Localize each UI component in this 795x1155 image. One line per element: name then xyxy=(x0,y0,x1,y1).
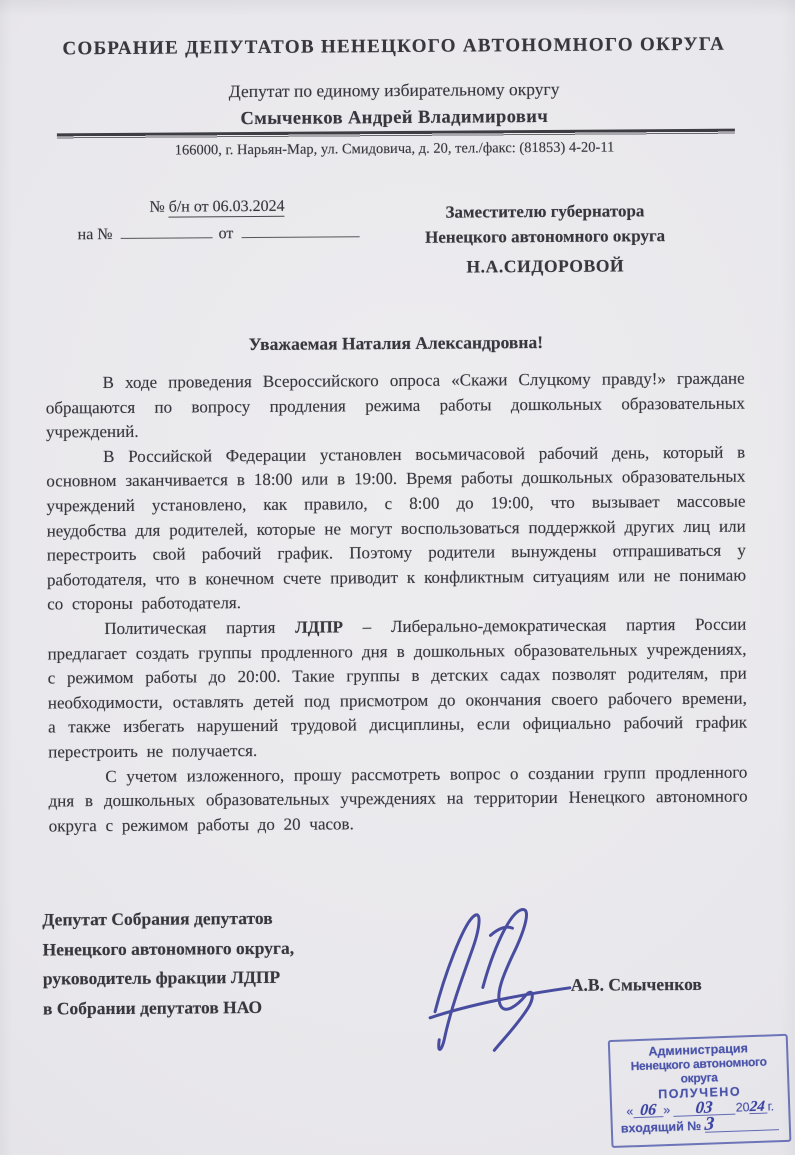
letterhead-organization: СОБРАНИЕ ДЕПУТАТОВ НЕНЕЦКОГО АВТОНОМНОГО… xyxy=(0,33,791,61)
outgoing-number-line: № б/н от 06.03.2024 xyxy=(149,197,397,217)
signer-title-line3: руководитель фракции ЛДПР xyxy=(43,962,403,994)
scan-content: СОБРАНИЕ ДЕПУТАТОВ НЕНЕЦКОГО АВТОНОМНОГО… xyxy=(0,0,795,1155)
incoming-number-blank xyxy=(120,223,212,239)
stamp-day-handwritten: 06 xyxy=(633,1104,664,1116)
letterhead-deputy-name: Смыченков Андрей Владимирович xyxy=(0,105,792,132)
salutation: Уважаемая Наталия Александровна! xyxy=(0,330,793,357)
stamp-day-blank: 06 xyxy=(633,1104,663,1118)
incoming-from-label: от xyxy=(218,225,233,242)
addressee-name: Н.А.СИДОРОВОЙ xyxy=(403,255,688,278)
paragraph-2: В Российской Федерации установлен восьми… xyxy=(46,440,746,617)
stamp-quote-close: » xyxy=(663,1103,670,1117)
outgoing-number-value: б/н от 06.03.2024 xyxy=(169,198,285,218)
stamp-incoming-number-handwritten: 3 xyxy=(704,1116,779,1130)
stamp-year-suffix: г. xyxy=(767,1099,774,1113)
addressee-title-line2: Ненецкого автономного округа xyxy=(403,223,688,250)
addressee-title-line1: Заместителю губернатора xyxy=(402,198,687,225)
handwritten-signature xyxy=(404,889,577,1058)
signer-title-line2: Ненецкого автономного округа, xyxy=(42,932,402,964)
stamp-month-handwritten: 03 xyxy=(673,1101,736,1114)
reference-block: № б/н от 06.03.2024 на №от xyxy=(77,197,397,244)
signer-name: А.В. Смыченков xyxy=(571,973,771,995)
stamp-year-handwritten: 24 xyxy=(747,1102,768,1114)
incoming-number-label: на № xyxy=(78,226,113,243)
scanned-letter-page: СОБРАНИЕ ДЕПУТАТОВ НЕНЕЦКОГО АВТОНОМНОГО… xyxy=(0,0,795,1155)
letterhead-address: 166000, г. Нарьян-Мар, ул. Смидовича, д.… xyxy=(0,138,792,161)
paragraph-3-text: Политическая партия xyxy=(104,618,295,638)
paragraph-1: В ходе проведения Всероссийского опроса … xyxy=(46,367,745,446)
signature-position-block: Депутат Собрания депутатов Ненецкого авт… xyxy=(42,903,403,1024)
incoming-date-blank xyxy=(241,222,359,238)
stamp-year-blank: 24 xyxy=(749,1102,767,1115)
stamp-incoming-blank: 3 xyxy=(704,1116,778,1133)
paragraph-3: Политическая партия ЛДПР – Либерально-де… xyxy=(47,613,747,765)
letter-body: В ходе проведения Всероссийского опроса … xyxy=(46,367,748,839)
incoming-number-line: на №от xyxy=(78,222,398,244)
signer-title-line4: в Собрании депутатов НАО xyxy=(43,991,403,1023)
addressee-block: Заместителю губернатора Ненецкого автоно… xyxy=(402,198,687,250)
letterhead-role: Депутат по единому избирательному округу xyxy=(0,77,792,104)
signer-title-line1: Депутат Собрания депутатов xyxy=(42,903,402,935)
stamp-incoming-label: входящий № xyxy=(621,1119,702,1136)
party-abbreviation: ЛДПР xyxy=(295,617,343,636)
paragraph-4: С учетом изложенного, прошу рассмотреть … xyxy=(48,760,747,839)
number-sign: № xyxy=(149,199,164,216)
receipt-stamp: Администрация Ненецкого автономного окру… xyxy=(608,1034,792,1148)
